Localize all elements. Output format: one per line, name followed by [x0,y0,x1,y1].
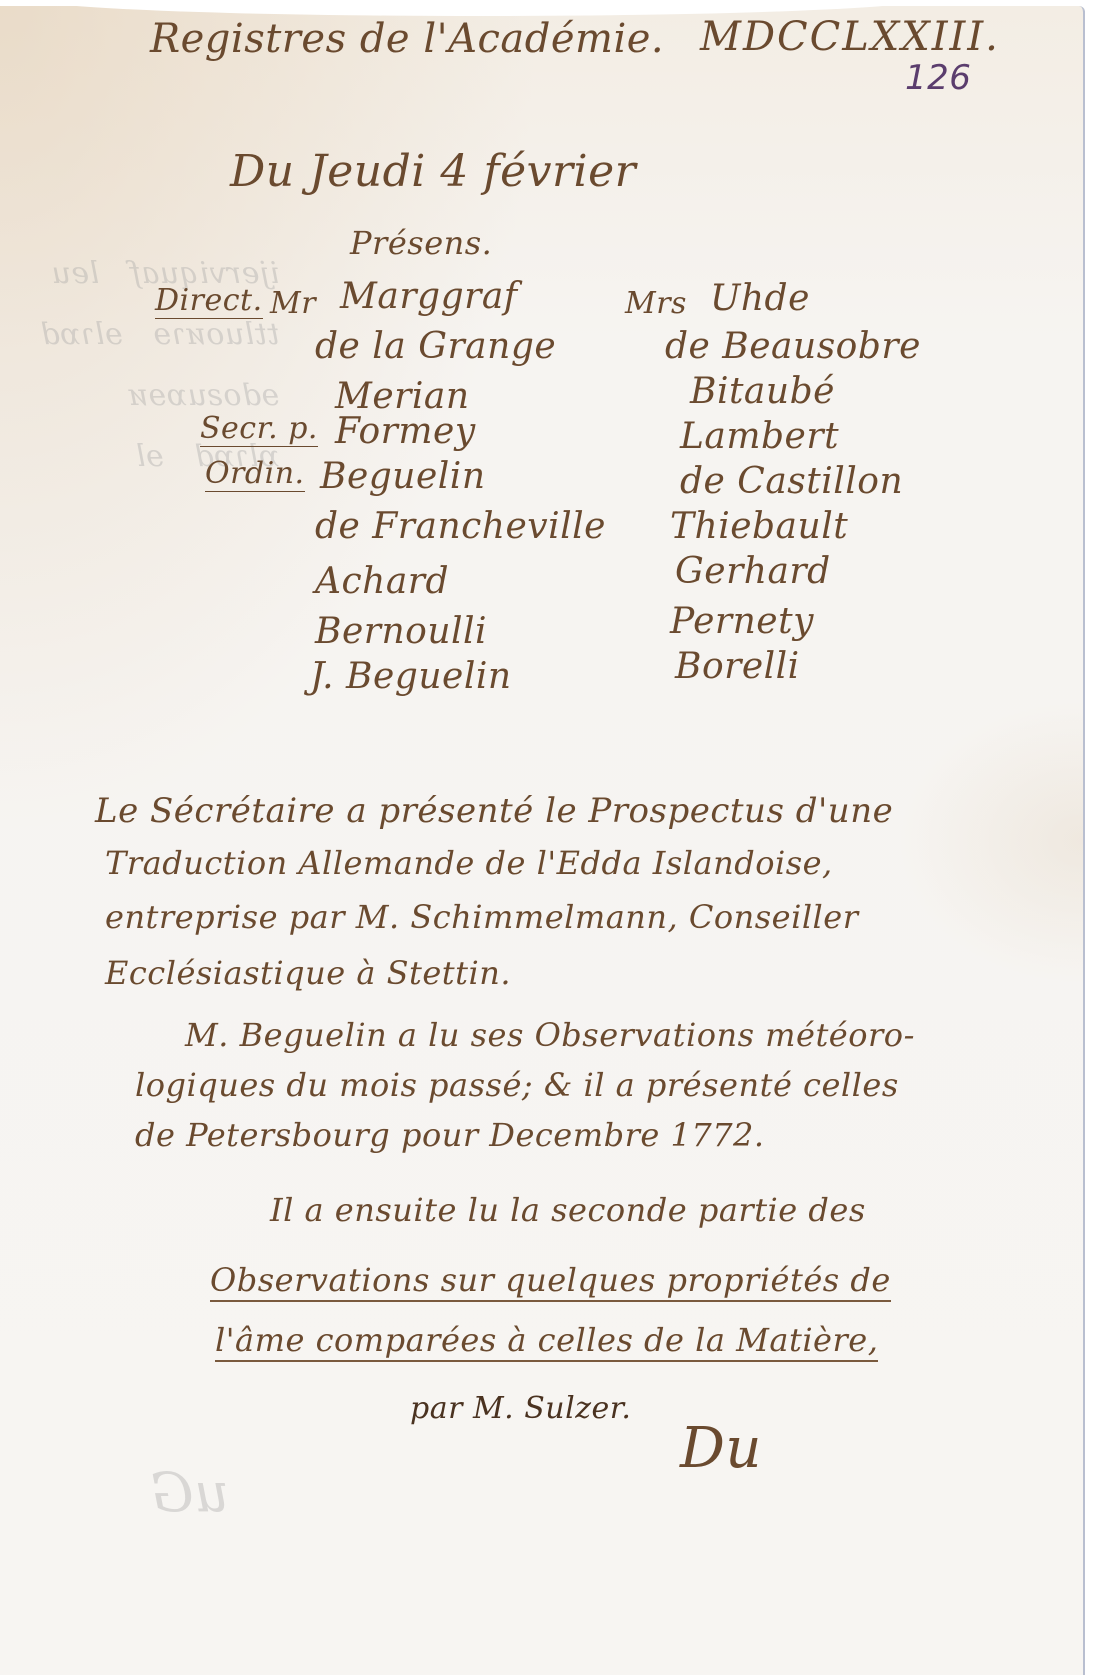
minutes-line: M. Beguelin a lu ses Observations météor… [185,1016,915,1054]
paper-author: par M. Sulzer. [410,1391,631,1426]
attendee-name: Lambert [680,416,839,457]
attendee-name: Thiebault [670,506,848,547]
minutes-line: de Petersbourg pour Decembre 1772. [135,1116,765,1154]
attendee-name: de Francheville [315,506,606,547]
role-director-label: Direct. [155,283,263,319]
attendee-name: Marggraf [340,276,518,317]
role-ordinary-label: Ordin. [205,456,305,492]
attendee-name: Gerhard [675,551,831,592]
attendee-name: J. Beguelin [310,656,512,697]
minutes-line: Ecclésiastique à Stettin. [105,954,511,992]
folio-number: 126 [905,58,971,98]
present-heading: Présens. [350,224,492,262]
role-secretary-label: Secr. p. [200,411,318,447]
attendee-name: de Beausobre [665,326,921,367]
minutes-line: logiques du mois passé; & il a présenté … [135,1066,899,1104]
attendee-prefix-mrs: Mrs [625,286,687,321]
paper-title-line: Observations sur quelques propriétés de [210,1261,891,1302]
attendee-name: Uhde [710,278,810,319]
attendee-name: Formey [335,411,476,452]
minutes-line: Il a ensuite lu la seconde partie des [270,1191,866,1229]
register-title: Registres de l'Académie. [150,16,664,62]
attendee-name: Pernety [670,601,814,642]
attendee-name: Bitaubé [690,371,835,412]
catchword: Du [680,1416,762,1481]
minutes-line: entreprise par M. Schimmelmann, Conseill… [105,898,859,936]
attendee-name: Bernoulli [315,611,487,652]
bleed-through-signature: uG [150,1461,229,1524]
attendee-name: de Castillon [680,461,903,502]
register-year: MDCCLXXIII. [700,14,1000,60]
minutes-line: Le Sécrétaire a présenté le Prospectus d… [95,791,893,831]
attendee-name: Borelli [675,646,800,687]
attendee-name: Achard [315,561,449,602]
session-date: Du Jeudi 4 février [230,146,636,197]
paper-title-line: l'âme comparées à celles de la Matière, [215,1321,878,1362]
attendee-prefix-mr: Mr [270,286,316,321]
attendee-name: de la Grange [315,326,556,367]
attendee-name: Beguelin [320,456,486,497]
minutes-line: Traduction Allemande de l'Edda Islandois… [105,844,833,882]
manuscript-page: ijerviquaf leu ttluoᴎɿɘ ɘlɿɒd ɘdoƨuɒɘᴎ ɒ… [0,6,1085,1675]
